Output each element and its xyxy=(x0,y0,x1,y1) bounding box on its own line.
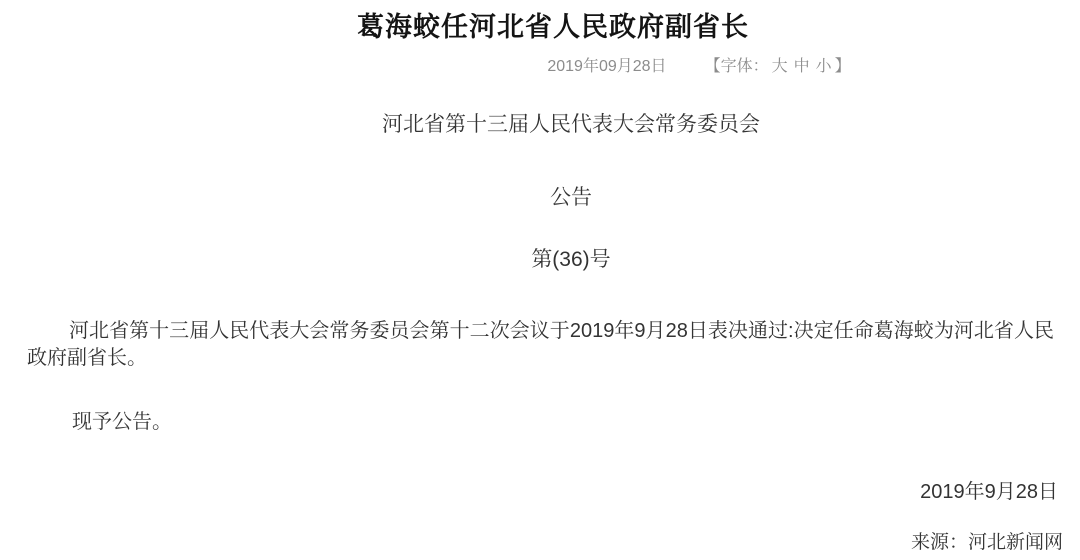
closing-line: 现予公告。 xyxy=(72,409,172,436)
article-title: 葛海蛟任河北省人民政府副省长 xyxy=(13,10,1080,44)
font-size-widget: 【字体：大中小】 xyxy=(705,58,851,75)
publish-date: 2019年09月28日 xyxy=(547,58,666,75)
doc-number-line: 第(36)号 xyxy=(31,246,1080,274)
font-widget-prefix: 【字体： xyxy=(705,58,769,75)
font-size-small-button[interactable]: 小 xyxy=(816,58,832,75)
issuing-body-line: 河北省第十三届人民代表大会常务委员会 xyxy=(31,111,1080,139)
article-meta: 2019年09月28日【字体：大中小】 xyxy=(159,56,1080,78)
sign-date: 2019年9月28日 xyxy=(0,479,1058,506)
announcement-paragraph: 河北省第十三届人民代表大会常务委员会第十二次会议于2019年9月28日表决通过:… xyxy=(27,318,1054,372)
font-size-medium-button[interactable]: 中 xyxy=(794,58,810,75)
source-value: 河北新闻网 xyxy=(968,532,1063,553)
doc-type-line: 公告 xyxy=(31,184,1080,212)
announcement-article-page: 葛海蛟任河北省人民政府副省长 2019年09月28日【字体：大中小】 河北省第十… xyxy=(0,0,1080,560)
source-label: 来源： xyxy=(911,532,968,553)
source-line: 来源：河北新闻网 xyxy=(0,529,1063,556)
font-size-large-button[interactable]: 大 xyxy=(772,58,788,75)
font-widget-suffix: 】 xyxy=(835,58,851,75)
